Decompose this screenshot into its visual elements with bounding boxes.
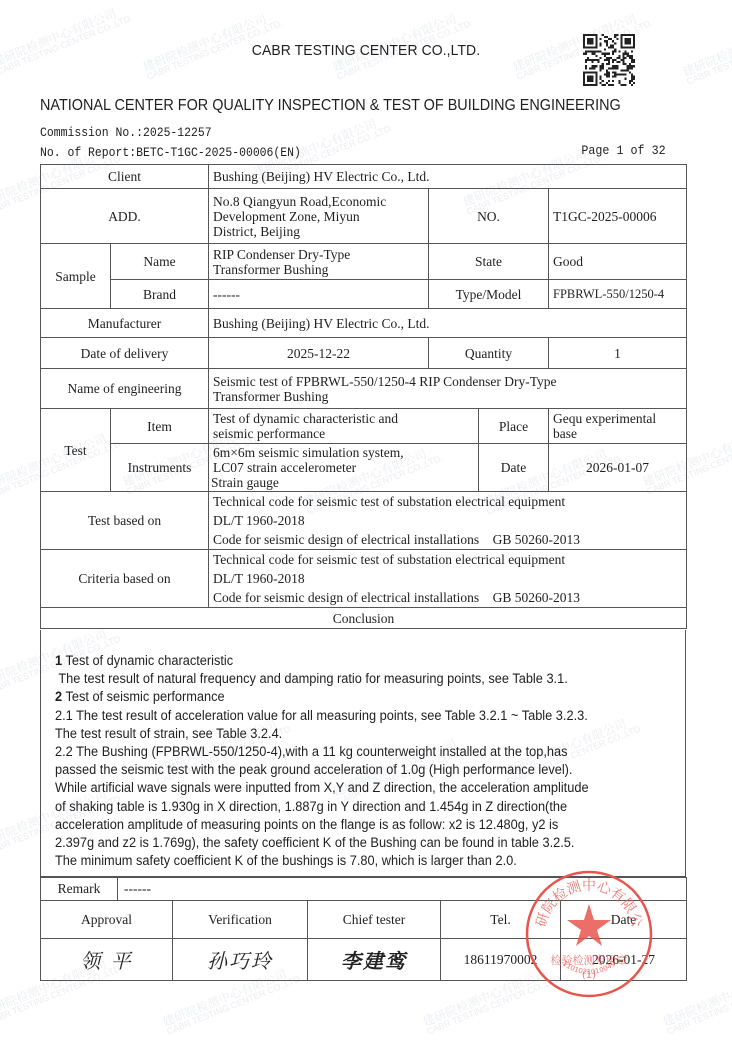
test-date-value: 2026-01-07 xyxy=(549,444,687,492)
conclusion-line: 2.1 The test result of acceleration valu… xyxy=(55,707,657,725)
state-label: State xyxy=(429,244,549,280)
report-number: No. of Report:BETC-T1GC-2025-00006(EN) xyxy=(40,145,301,160)
no-label: NO. xyxy=(429,189,549,244)
sample-name-row: Sample Name RIP Condenser Dry-Type Trans… xyxy=(41,244,687,280)
criteria-value: Technical code for seismic test of subst… xyxy=(209,550,687,608)
state-value: Good xyxy=(549,244,687,280)
conclusion-line: 2.2 The Bushing (FPBRWL-550/1250-4),with… xyxy=(55,743,657,761)
brand-value: ------ xyxy=(209,280,429,309)
item-label: Item xyxy=(111,409,209,444)
conclusion-line: The minimum safety coefficient K of the … xyxy=(55,852,657,870)
conclusion-line: 2.397g and z2 is 1.769g), the safety coe… xyxy=(55,834,657,852)
manufacturer-value: Bushing (Beijing) HV Electric Co., Ltd. xyxy=(209,309,687,338)
client-value: Bushing (Beijing) HV Electric Co., Ltd. xyxy=(209,165,687,189)
conclusion-text: 1 Test of dynamic characteristic The tes… xyxy=(55,652,657,870)
remark-value: ------ xyxy=(118,878,687,901)
item-value: Test of dynamic characteristic and seism… xyxy=(209,409,479,444)
address-label: ADD. xyxy=(41,189,209,244)
conclusion-line: The test result of strain, see Table 3.2… xyxy=(55,725,657,743)
conclusion-section-1-title: 1 Test of dynamic characteristic xyxy=(55,652,657,670)
conclusion-line: of shaking table is 1.930g in X directio… xyxy=(55,798,657,816)
test-item-row: Test Item Test of dynamic characteristic… xyxy=(41,409,687,444)
engineering-value: Seismic test of FPBRWL-550/1250-4 RIP Co… xyxy=(209,369,687,409)
delivery-row: Date of delivery 2025-12-22 Quantity 1 xyxy=(41,338,687,369)
conclusion-header: Conclusion xyxy=(41,608,687,629)
instruments-label: Instruments xyxy=(111,444,209,492)
conclusion-body: 1 Test of dynamic characteristic The tes… xyxy=(40,630,686,877)
name-value: RIP Condenser Dry-Type Transformer Bushi… xyxy=(209,244,429,280)
test-based-label: Test based on xyxy=(41,492,209,550)
client-label: Client xyxy=(41,165,209,189)
national-center-title: NATIONAL CENTER FOR QUALITY INSPECTION &… xyxy=(40,97,621,115)
conclusion-line: passed the seismic test with the peak gr… xyxy=(55,761,657,779)
conclusion-header-row: Conclusion xyxy=(41,608,687,629)
test-date-label: Date xyxy=(479,444,549,492)
quantity-value: 1 xyxy=(549,338,687,369)
criteria-label: Criteria based on xyxy=(41,550,209,608)
approval-signature: 领 平 xyxy=(41,939,173,981)
no-value: T1GC-2025-00006 xyxy=(549,189,687,244)
instruments-value: 6m×6m seismic simulation system, LC07 st… xyxy=(209,444,479,492)
address-row: ADD. No.8 Qiangyun Road,Economic Develop… xyxy=(41,189,687,244)
brand-label: Brand xyxy=(111,280,209,309)
conclusion-line: acceleration amplitude of measuring poin… xyxy=(55,816,657,834)
chief-tester-label: Chief tester xyxy=(308,901,441,939)
type-model-label: Type/Model xyxy=(429,280,549,309)
quantity-label: Quantity xyxy=(429,338,549,369)
page-indicator: Page 1 of 32 xyxy=(582,143,666,158)
conclusion-section-1-line: The test result of natural frequency and… xyxy=(55,670,657,688)
manufacturer-row: Manufacturer Bushing (Beijing) HV Electr… xyxy=(41,309,687,338)
address-value: No.8 Qiangyun Road,Economic Development … xyxy=(209,189,429,244)
tel-value: 18611970002 xyxy=(441,939,561,981)
type-model-value: FPBRWL-550/1250-4 xyxy=(549,280,687,309)
signoff-date-value: 2026-01-27 xyxy=(561,939,687,981)
engineering-row: Name of engineering Seismic test of FPBR… xyxy=(41,369,687,409)
signoff-table: Remark ------ Approval Verification Chie… xyxy=(40,877,687,981)
qr-code-icon xyxy=(583,34,635,86)
verification-signature: 孙巧玲 xyxy=(173,939,308,981)
test-based-row: Test based on Technical code for seismic… xyxy=(41,492,687,550)
delivery-label: Date of delivery xyxy=(41,338,209,369)
chief-tester-signature: 李建鸾 xyxy=(308,939,441,981)
remark-row: Remark ------ xyxy=(41,878,687,901)
client-row: Client Bushing (Beijing) HV Electric Co.… xyxy=(41,165,687,189)
signoff-date-label: Date xyxy=(561,901,687,939)
conclusion-line: While artificial wave signals were input… xyxy=(55,779,657,797)
tel-label: Tel. xyxy=(441,901,561,939)
sample-brand-row: Brand ------ Type/Model FPBRWL-550/1250-… xyxy=(41,280,687,309)
verification-label: Verification xyxy=(173,901,308,939)
delivery-value: 2025-12-22 xyxy=(209,338,429,369)
criteria-row: Criteria based on Technical code for sei… xyxy=(41,550,687,608)
name-label: Name xyxy=(111,244,209,280)
signoff-header-row: Approval Verification Chief tester Tel. … xyxy=(41,901,687,939)
place-label: Place xyxy=(479,409,549,444)
watermark: 建研院检测中心有限公司CABR TESTING CENTER CO.,LTD. xyxy=(0,3,134,76)
signoff-values-row: 领 平 孙巧玲 李建鸾 18611970002 2026-01-27 xyxy=(41,939,687,981)
remark-label: Remark xyxy=(41,878,118,901)
sample-label: Sample xyxy=(41,244,111,309)
test-based-value: Technical code for seismic test of subst… xyxy=(209,492,687,550)
place-value: Gequ experimental base xyxy=(549,409,687,444)
engineering-label: Name of engineering xyxy=(41,369,209,409)
conclusion-section-2-title: 2 Test of seismic performance xyxy=(55,688,657,706)
commission-number: Commission No.:2025-12257 xyxy=(40,125,212,140)
test-label: Test xyxy=(41,409,111,492)
manufacturer-label: Manufacturer xyxy=(41,309,209,338)
report-info-table: Client Bushing (Beijing) HV Electric Co.… xyxy=(40,164,687,629)
approval-label: Approval xyxy=(41,901,173,939)
test-instruments-row: Instruments 6m×6m seismic simulation sys… xyxy=(41,444,687,492)
